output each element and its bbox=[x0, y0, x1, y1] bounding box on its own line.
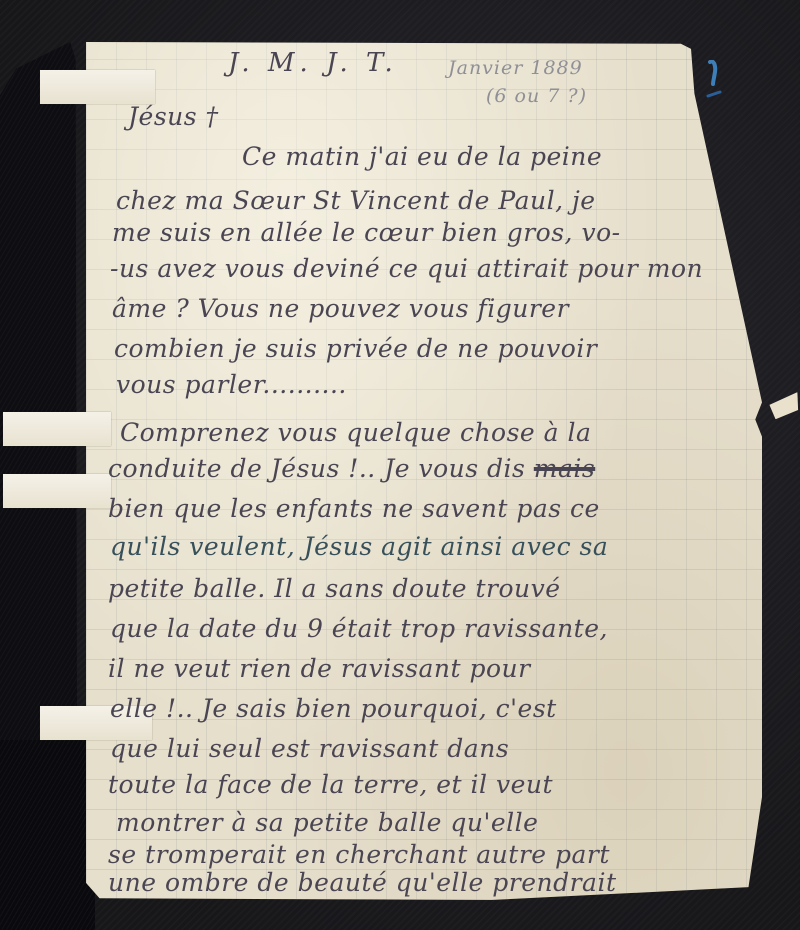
letter-line-4: -us avez vous deviné ce qui attirait pou… bbox=[110, 254, 703, 283]
letter-line-19: se tromperait en cherchant autre part bbox=[108, 840, 610, 869]
letter-line-17: toute la face de la terre, et il veut bbox=[108, 770, 553, 799]
greeting: Jésus † bbox=[128, 102, 219, 131]
blue-exclamation-mark-icon bbox=[705, 60, 723, 102]
letter-line-14: il ne veut rien de ravissant pour bbox=[108, 654, 531, 683]
header-initials: J. M. J. T. bbox=[228, 48, 398, 78]
letter-line-3-text: me suis en allée le cœur bien gros, vo- bbox=[112, 218, 621, 247]
tape-strip-top bbox=[40, 70, 155, 104]
pencil-date-line-2: (6 ou 7 ?) bbox=[448, 82, 587, 110]
tape-strip-middle-1 bbox=[3, 412, 111, 446]
tape-strip-middle-2 bbox=[3, 474, 111, 508]
letter-line-15: elle !.. Je sais bien pourquoi, c'est bbox=[110, 694, 557, 723]
letter-line-9: conduite de Jésus !.. Je vous dis mais bbox=[108, 454, 595, 483]
letter-line-16: que lui seul est ravissant dans bbox=[110, 734, 509, 763]
letter-line-6: combien je suis privée de ne pouvoir bbox=[114, 334, 597, 363]
struck-out-word: mais bbox=[534, 454, 595, 483]
black-mounting-board-lower bbox=[0, 740, 95, 930]
torn-paper-tab bbox=[768, 392, 800, 420]
letter-line-12: petite balle. Il a sans doute trouvé bbox=[108, 574, 561, 603]
letter-line-1: Ce matin j'ai eu de la peine bbox=[242, 142, 602, 171]
letter-line-9-text: conduite de Jésus !.. Je vous dis bbox=[108, 454, 534, 483]
letter-line-13: que la date du 9 était trop ravissante, bbox=[110, 614, 608, 643]
letter-line-18: montrer à sa petite balle qu'elle bbox=[116, 808, 538, 837]
letter-line-8: Comprenez vous quelque chose à la bbox=[120, 418, 591, 447]
letter-line-11: qu'ils veulent, Jésus agit ainsi avec sa bbox=[110, 532, 608, 561]
letter-line-3: me suis en allée le cœur bien gros, vo- bbox=[112, 218, 621, 247]
letter-line-5: âme ? Vous ne pouvez vous figurer bbox=[112, 294, 569, 323]
pencil-date-annotation: Janvier 1889 (6 ou 7 ?) bbox=[448, 54, 587, 110]
letter-line-10: bien que les enfants ne savent pas ce bbox=[108, 494, 600, 523]
letter-line-20: une ombre de beauté qu'elle prendrait bbox=[108, 868, 617, 897]
pencil-date-line-1: Janvier 1889 bbox=[448, 54, 587, 82]
letter-line-7: vous parler.......... bbox=[116, 370, 347, 399]
letter-line-2: chez ma Sœur St Vincent de Paul, je bbox=[116, 186, 596, 215]
